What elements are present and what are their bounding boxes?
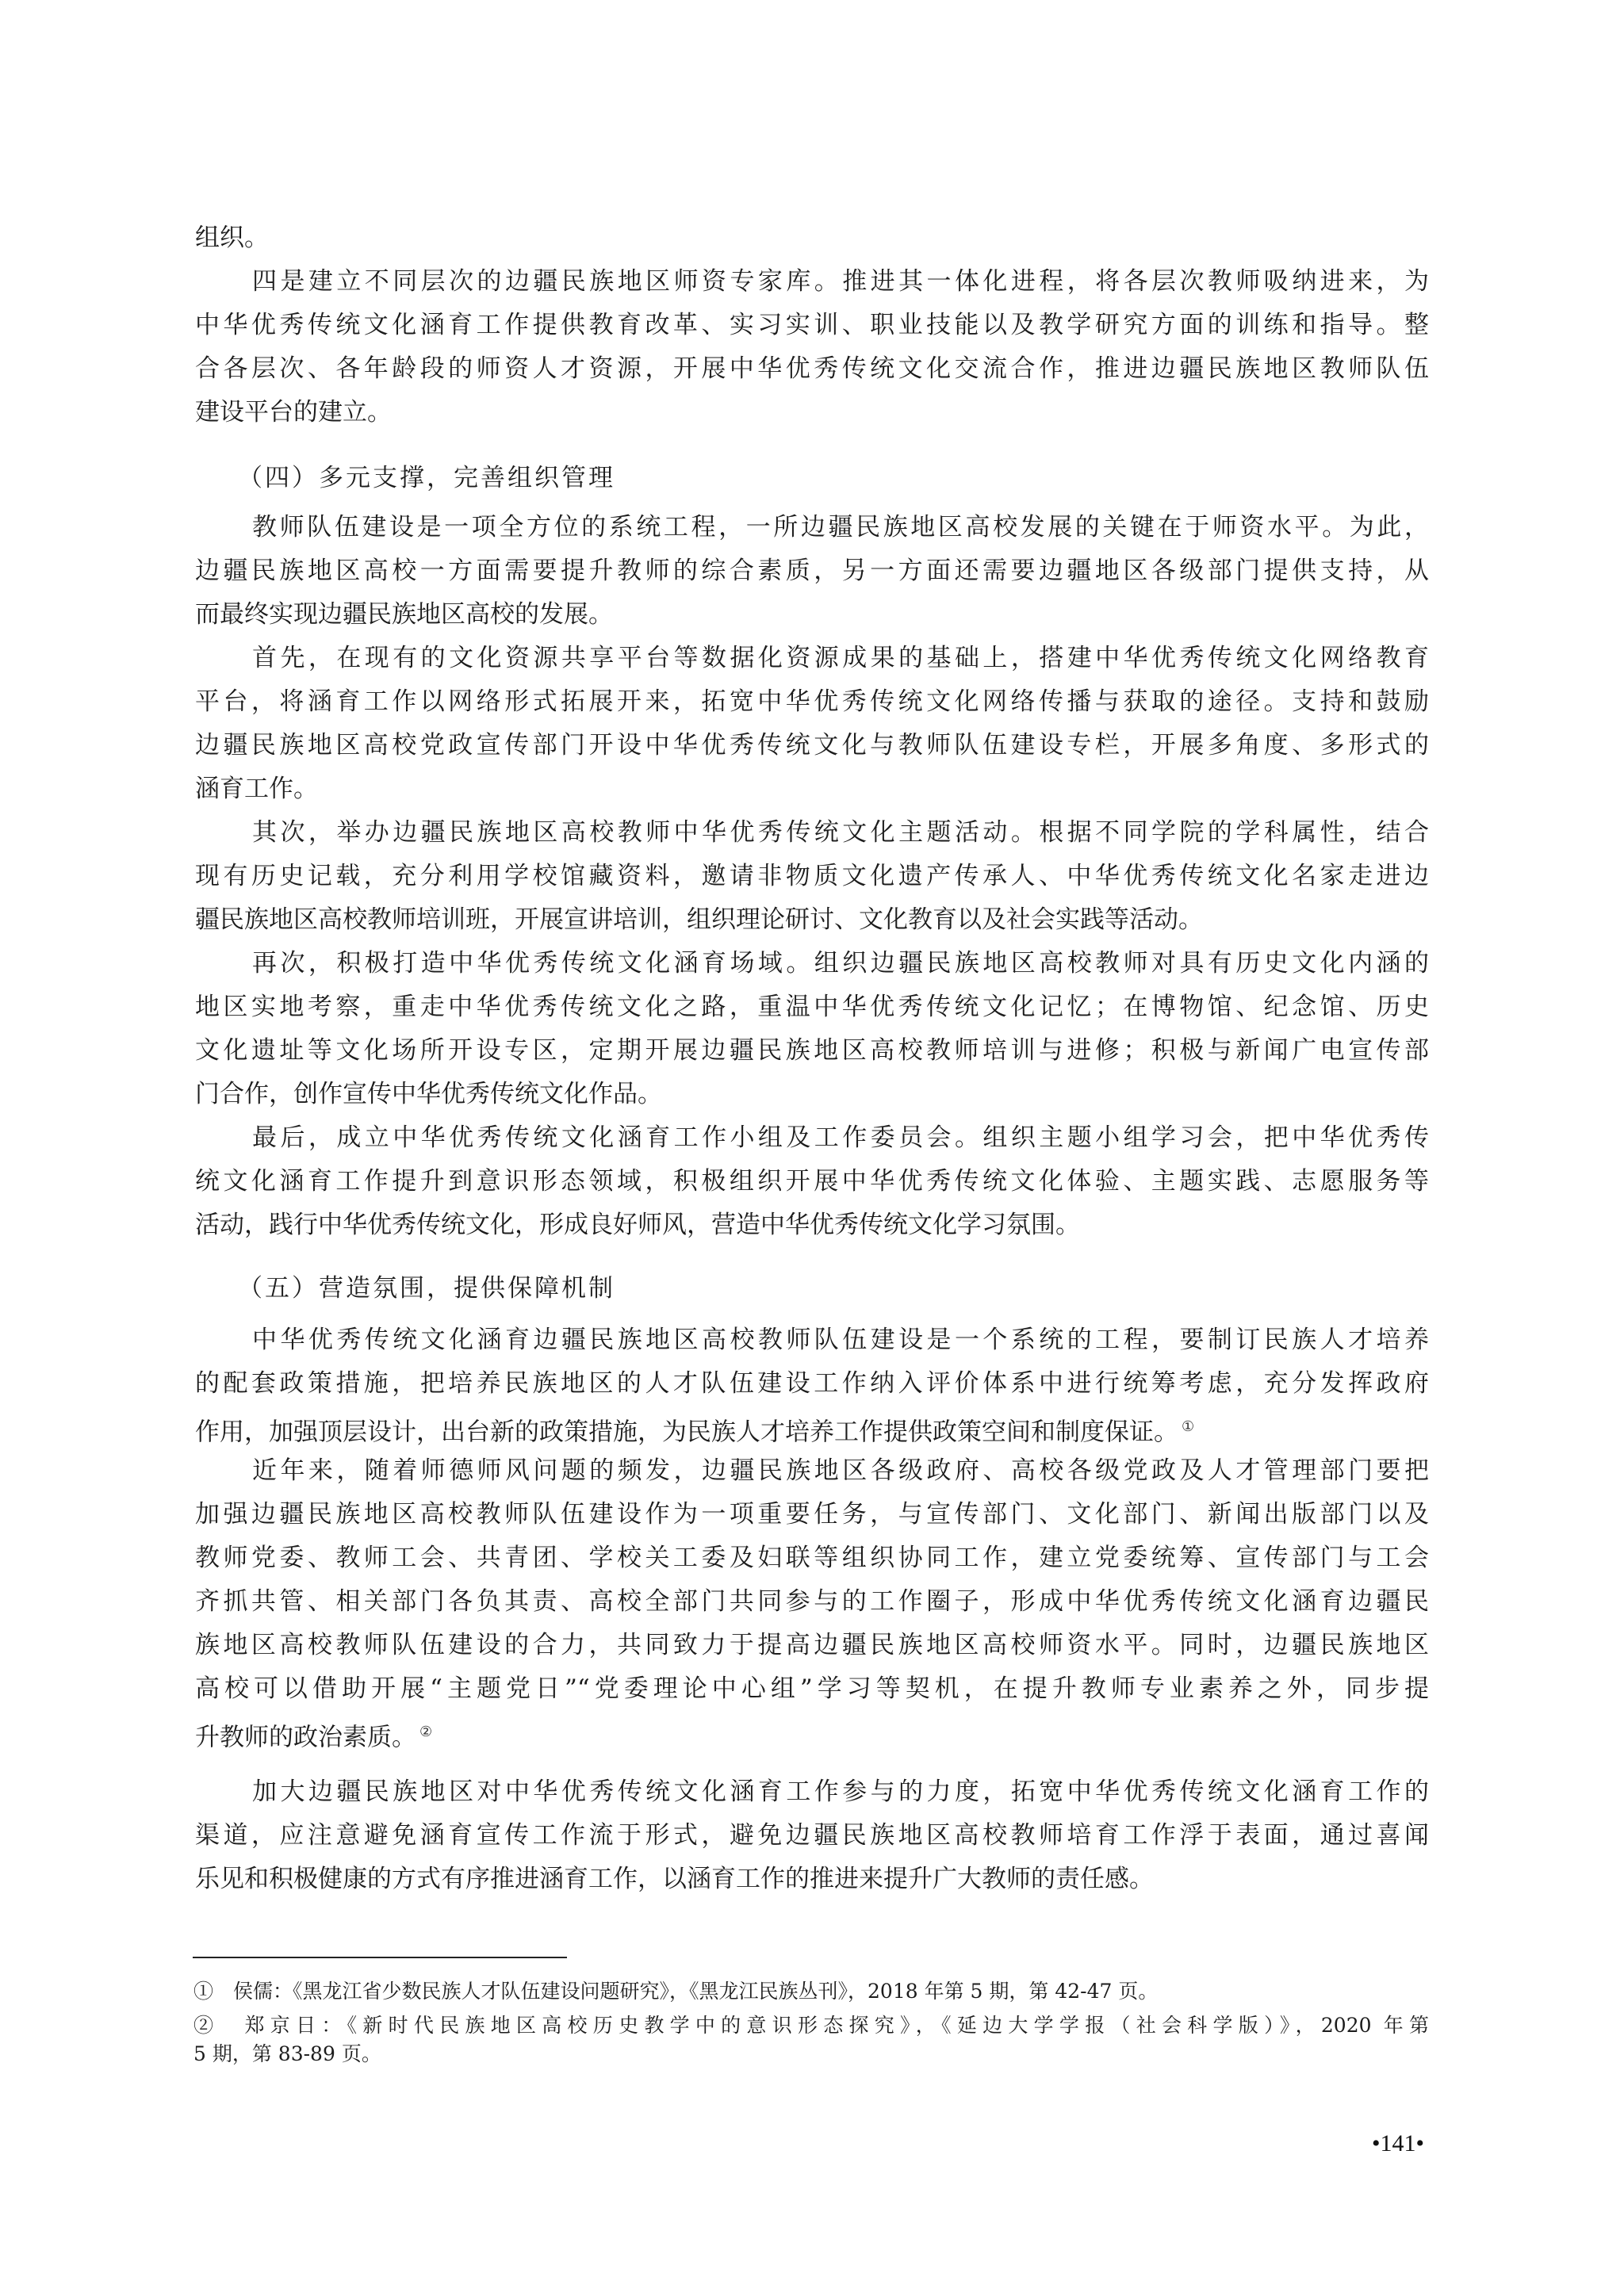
body-line: 族地区高校教师队伍建设的合力，共同致力于提高边疆民族地区高校师资水平。同时，边疆… bbox=[195, 1629, 1429, 1661]
body-line-text: 作用，加强顶层设计，出台新的政策措施，为民族人才培养工作提供政策空间和制度保证。 bbox=[195, 1418, 1178, 1446]
body-line: 中华优秀传统文化涵育工作提供教育改革、实习实训、职业技能以及教学研究方面的训练和… bbox=[195, 309, 1429, 341]
footnote-ref-1[interactable]: ① bbox=[1182, 1418, 1194, 1435]
footnote-2: ② 郑京日：《新时代民族地区高校历史教学中的意识形态探究》，《延边大学学报（社会… bbox=[193, 2012, 1429, 2039]
body-line: 高校可以借助开展“主题党日”“党委理论中心组”学习等契机，在提升教师专业素养之外… bbox=[195, 1673, 1429, 1705]
body-line: 平台，将涵育工作以网络形式拓展开来，拓宽中华优秀传统文化网络传播与获取的途径。支… bbox=[195, 686, 1429, 717]
body-line-text: 升教师的政治素质。 bbox=[195, 1723, 416, 1751]
section-heading: （五）营造氛围，提供保障机制 bbox=[238, 1272, 615, 1304]
body-line: 现有历史记载，充分利用学校馆藏资料，邀请非物质文化遗产传承人、中华优秀传统文化名… bbox=[195, 860, 1429, 892]
body-line: 作用，加强顶层设计，出台新的政策措施，为民族人才培养工作提供政策空间和制度保证。… bbox=[195, 1411, 1429, 1443]
body-line: 乐见和积极健康的方式有序推进涵育工作，以涵育工作的推进来提升广大教师的责任感。 bbox=[195, 1863, 1429, 1895]
body-line: 地区实地考察，重走中华优秀传统文化之路，重温中华优秀传统文化记忆；在博物馆、纪念… bbox=[195, 991, 1429, 1023]
body-line: 首先，在现有的文化资源共享平台等数据化资源成果的基础上，搭建中华优秀传统文化网络… bbox=[252, 642, 1429, 674]
document-page: 组织。 四是建立不同层次的边疆民族地区师资专家库。推进其一体化进程，将各层次教师… bbox=[0, 0, 1624, 2296]
body-line: 疆民族地区高校教师培训班，开展宣讲培训，组织理论研讨、文化教育以及社会实践等活动… bbox=[195, 904, 1429, 936]
body-line: 加强边疆民族地区高校教师队伍建设作为一项重要任务，与宣传部门、文化部门、新闻出版… bbox=[195, 1498, 1429, 1530]
body-line: 边疆民族地区高校党政宣传部门开设中华优秀传统文化与教师队伍建设专栏，开展多角度、… bbox=[195, 729, 1429, 761]
body-line: 统文化涵育工作提升到意识形态领域，积极组织开展中华优秀传统文化体验、主题实践、志… bbox=[195, 1165, 1429, 1197]
section-heading: （四）多元支撑，完善组织管理 bbox=[238, 462, 615, 494]
body-line: 四是建立不同层次的边疆民族地区师资专家库。推进其一体化进程，将各层次教师吸纳进来… bbox=[252, 266, 1429, 297]
footnote-ref-2[interactable]: ② bbox=[419, 1724, 432, 1740]
body-line: 升教师的政治素质。② bbox=[195, 1716, 1429, 1748]
body-line: 加大边疆民族地区对中华优秀传统文化涵育工作参与的力度，拓宽中华优秀传统文化涵育工… bbox=[252, 1776, 1429, 1808]
body-line: 门合作，创作宣传中华优秀传统文化作品。 bbox=[195, 1078, 1429, 1110]
page-number: •141• bbox=[1372, 2128, 1424, 2160]
body-line: 再次，积极打造中华优秀传统文化涵育场域。组织边疆民族地区高校教师对具有历史文化内… bbox=[252, 947, 1429, 979]
body-line: 组织。 bbox=[195, 222, 1429, 254]
body-line: 其次，举办边疆民族地区高校教师中华优秀传统文化主题活动。根据不同学院的学科属性，… bbox=[252, 817, 1429, 848]
body-line: 教师党委、教师工会、共青团、学校关工委及妇联等组织协同工作，建立党委统筹、宣传部… bbox=[195, 1542, 1429, 1574]
body-line: 而最终实现边疆民族地区高校的发展。 bbox=[195, 599, 1429, 630]
body-line: 涵育工作。 bbox=[195, 773, 1429, 805]
footnote-divider bbox=[193, 1957, 567, 1958]
body-line: 文化遗址等文化场所开设专区，定期开展边疆民族地区高校教师培训与进修；积极与新闻广… bbox=[195, 1035, 1429, 1066]
body-line: 教师队伍建设是一项全方位的系统工程，一所边疆民族地区高校发展的关键在于师资水平。… bbox=[252, 511, 1429, 543]
body-line: 齐抓共管、相关部门各负其责、高校全部门共同参与的工作圈子，形成中华优秀传统文化涵… bbox=[195, 1586, 1429, 1617]
body-line: 近年来，随着师德师风问题的频发，边疆民族地区各级政府、高校各级党政及人才管理部门… bbox=[252, 1455, 1429, 1487]
footnote-2-continued: 5 期，第 83-89 页。 bbox=[193, 2041, 1429, 2068]
body-line: 的配套政策措施，把培养民族地区的人才队伍建设工作纳入评价体系中进行统筹考虑，充分… bbox=[195, 1368, 1429, 1399]
body-line: 渠道，应注意避免涵育宣传工作流于形式，避免边疆民族地区高校教师培育工作浮于表面，… bbox=[195, 1820, 1429, 1851]
body-line: 活动，践行中华优秀传统文化，形成良好师风，营造中华优秀传统文化学习氛围。 bbox=[195, 1209, 1429, 1241]
footnote-1: ① 侯儒：《黑龙江省少数民族人才队伍建设问题研究》，《黑龙江民族丛刊》，2018… bbox=[193, 1978, 1429, 2005]
body-line: 边疆民族地区高校一方面需要提升教师的综合素质，另一方面还需要边疆地区各级部门提供… bbox=[195, 555, 1429, 587]
body-line: 中华优秀传统文化涵育边疆民族地区高校教师队伍建设是一个系统的工程，要制订民族人才… bbox=[252, 1324, 1429, 1356]
body-line: 合各层次、各年龄段的师资人才资源，开展中华优秀传统文化交流合作，推进边疆民族地区… bbox=[195, 353, 1429, 385]
body-line: 最后，成立中华优秀传统文化涵育工作小组及工作委员会。组织主题小组学习会，把中华优… bbox=[252, 1122, 1429, 1154]
body-line: 建设平台的建立。 bbox=[195, 396, 1429, 428]
